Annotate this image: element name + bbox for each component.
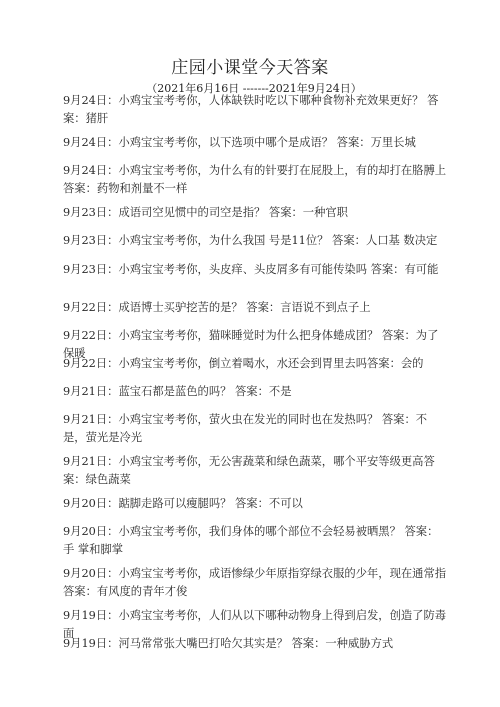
answer-entry: 9月23日：成语司空见惯中的司空是指？ 答案：一种官职 xyxy=(63,204,447,222)
answer-entry: 9月24日：小鸡宝宝考考你，人体缺铁时吃以下哪种食物补充效果更好？ 答 案：猪肝 xyxy=(63,92,447,128)
answer-entry: 9月22日：小鸡宝宝考考你，倒立着喝水，水还会到胃里去吗答案：会的 xyxy=(63,355,447,373)
answer-entry: 9月20日：小鸡宝宝考考你，我们身体的哪个部位不会轻易被晒黑？ 答案：手 掌和脚… xyxy=(63,523,447,559)
answer-entry: 9月23日：小鸡宝宝考考你，为什么我国 号是11位？ 答案：人口基 数决定 xyxy=(63,232,447,250)
answer-entry: 9月20日：踮脚走路可以瘦腿吗？ 答案：不可以 xyxy=(63,495,447,513)
answer-entry: 9月23日：小鸡宝宝考考你，头皮痒、头皮屑多有可能传染吗 答案：有可能 xyxy=(63,261,447,279)
answer-entry: 9月21日：蓝宝石都是蓝色的吗？ 答案：不是 xyxy=(63,383,447,401)
answer-entry: 9月19日：河马常常张大嘴巴打哈欠其实是？ 答案：一种威胁方式 xyxy=(63,635,447,653)
answer-entry: 9月24日：小鸡宝宝考考你，以下选项中哪个是成语？ 答案：万里长城 xyxy=(63,134,447,152)
answer-entry: 9月21日：小鸡宝宝考考你，萤火虫在发光的同时也在发热吗？ 答案：不是，萤光是冷… xyxy=(63,411,447,447)
answer-entry: 9月21日：小鸡宝宝考考你，无公害蔬菜和绿色蔬菜，哪个平安等级更高答 案：绿色蔬… xyxy=(63,453,447,489)
answer-entry: 9月24日：小鸡宝宝考考你，为什么有的针要打在屁股上，有的却打在胳膊上 答案：药… xyxy=(63,162,447,198)
answer-entry: 9月20日：小鸡宝宝考考你，成语惨绿少年原指穿绿衣服的少年，现在通常指 答案：有… xyxy=(63,565,447,601)
answer-entry: 9月22日：成语博士买驴挖苦的是？ 答案：言语说不到点子上 xyxy=(63,299,447,317)
page-title: 庄园小课堂今天答案 xyxy=(0,53,500,78)
